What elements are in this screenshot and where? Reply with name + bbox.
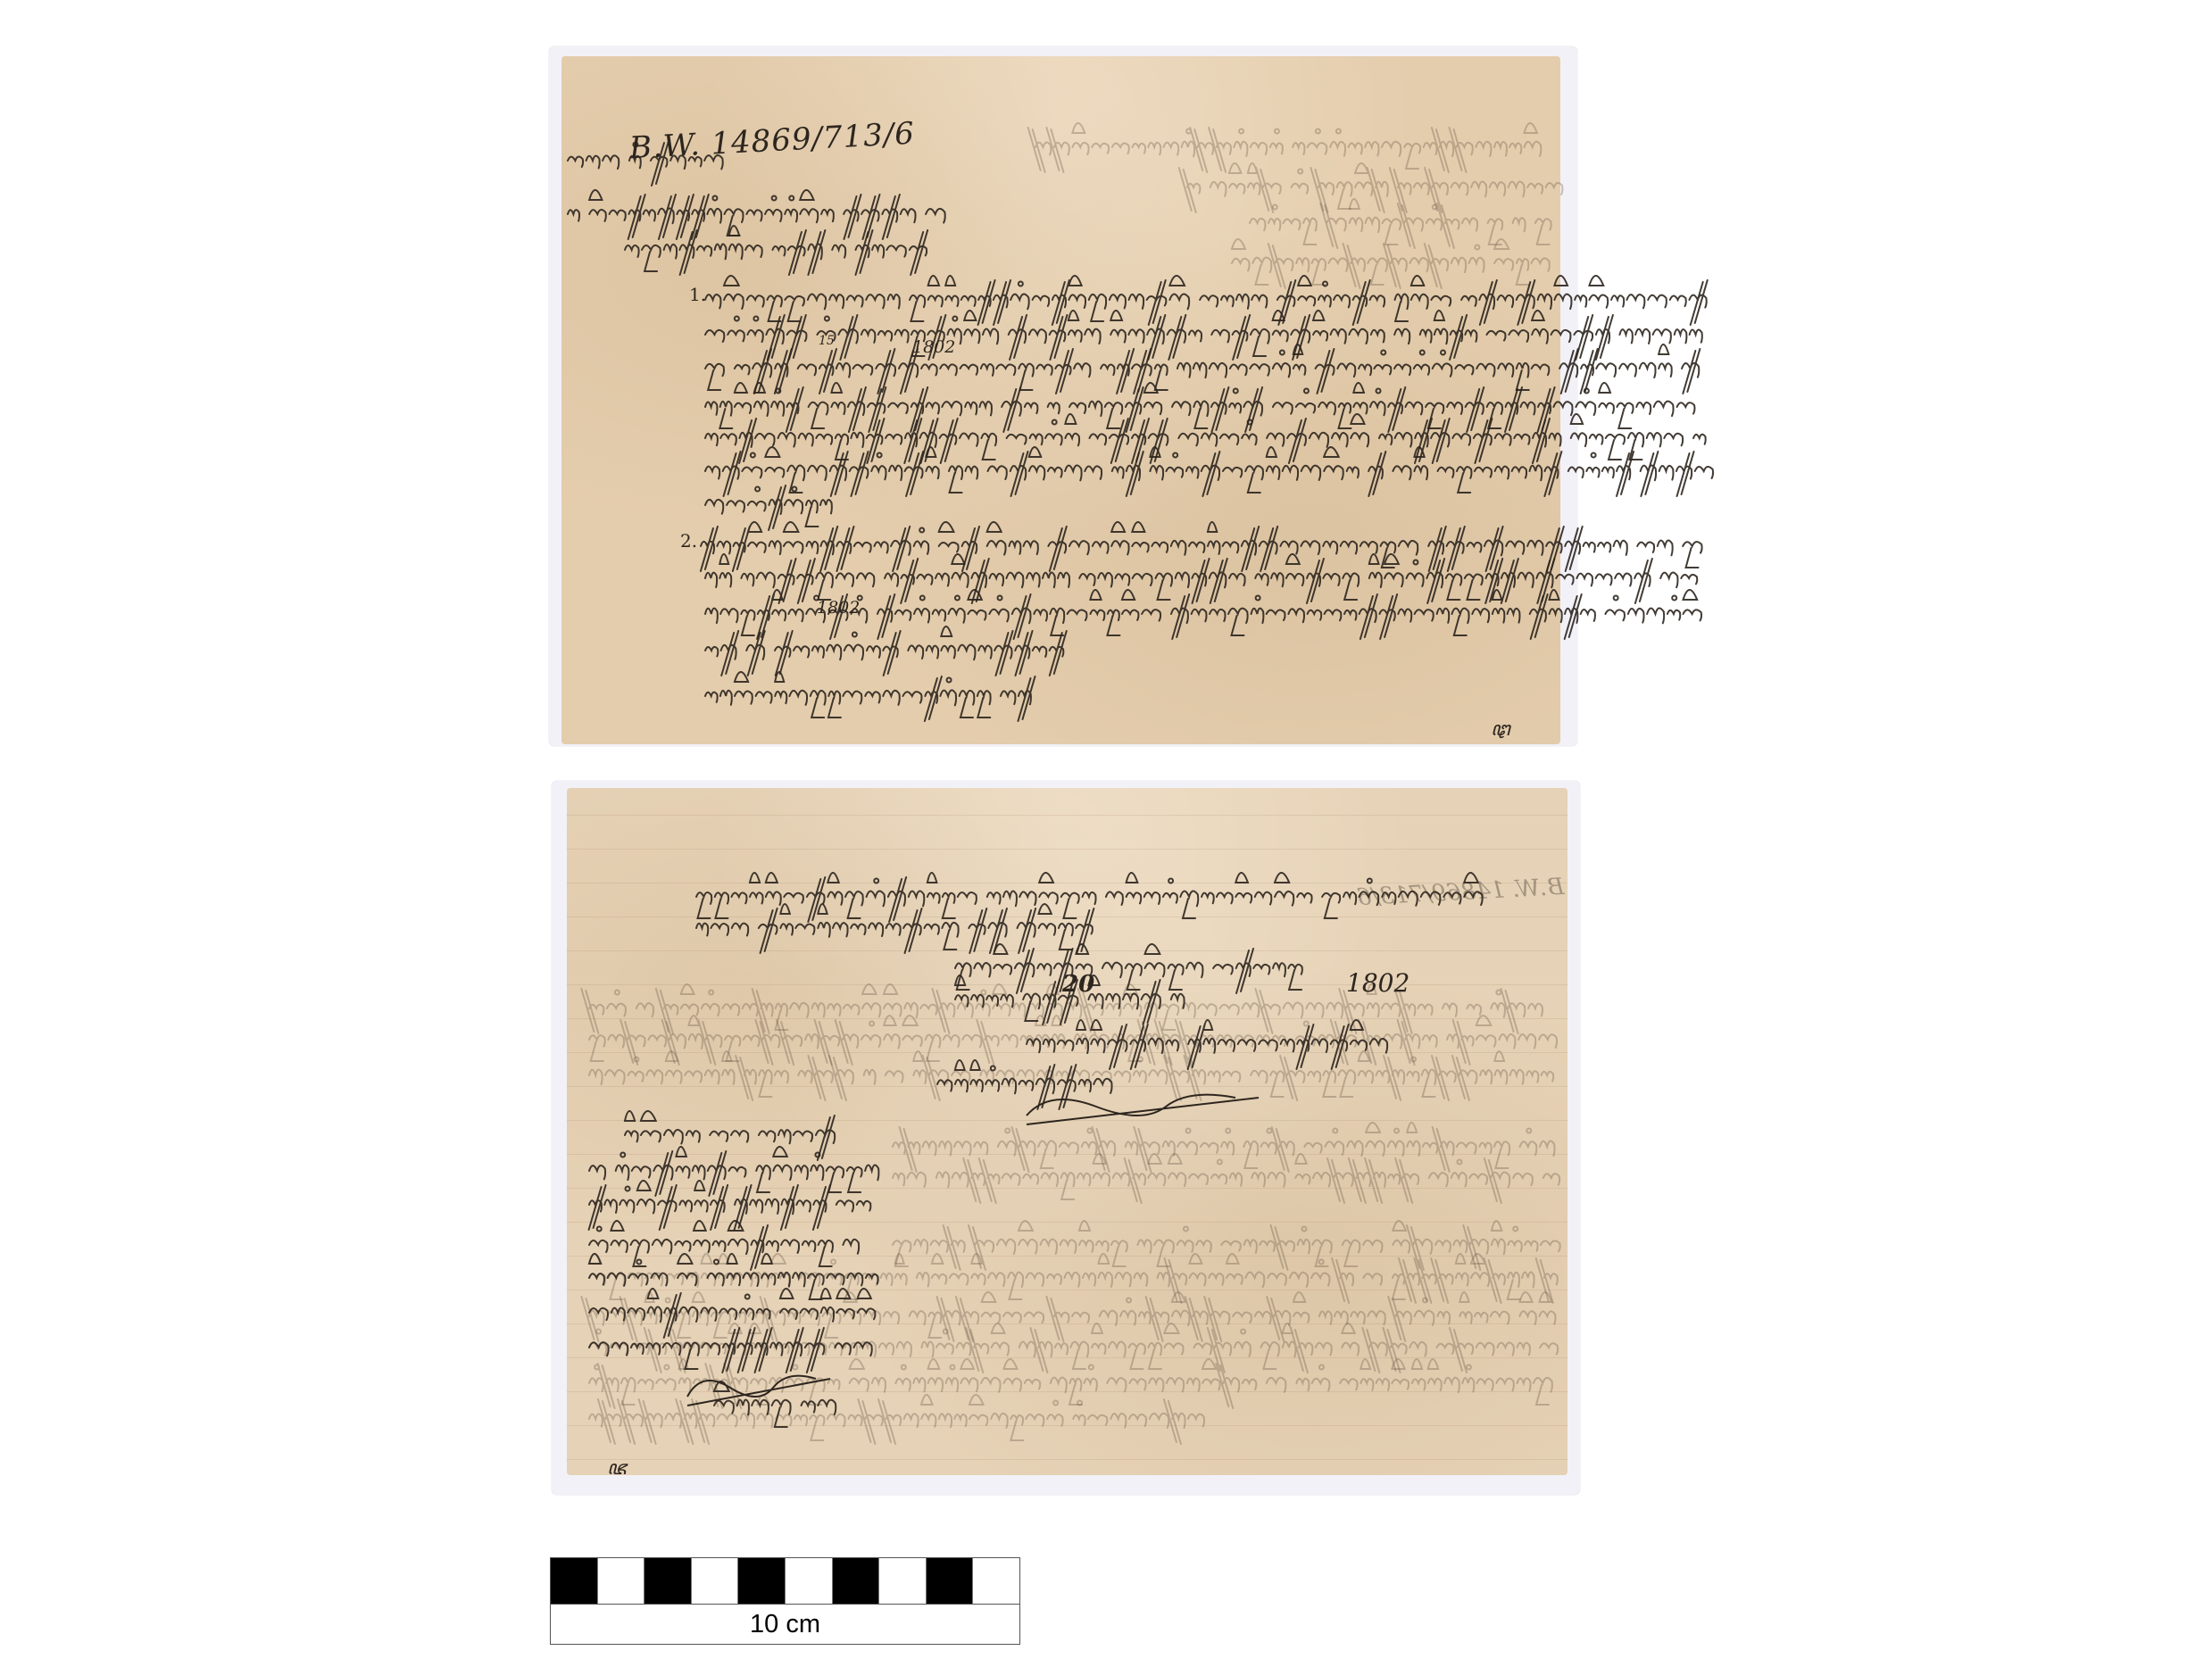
ruled-line bbox=[567, 1154, 1568, 1155]
scale-segment bbox=[598, 1558, 645, 1604]
scale-segment bbox=[692, 1558, 739, 1604]
ruled-line bbox=[567, 815, 1568, 816]
ruled-line bbox=[567, 1357, 1568, 1358]
verso-page-mark: ꦗ bbox=[607, 1453, 627, 1493]
verso-year-numeral: 1802 bbox=[1346, 968, 1410, 998]
scale-segment bbox=[551, 1558, 598, 1604]
ruled-line bbox=[567, 1052, 1568, 1053]
verso-day-numeral: 20 bbox=[1062, 971, 1094, 998]
ruled-line bbox=[567, 1323, 1568, 1324]
scale-segment bbox=[879, 1558, 927, 1604]
ruled-line bbox=[567, 1459, 1568, 1460]
recto-page-mark: ꦛ bbox=[1491, 714, 1509, 754]
scale-segment bbox=[738, 1558, 786, 1604]
scale-checker-row bbox=[551, 1558, 1019, 1605]
ruled-line bbox=[567, 1290, 1568, 1290]
paragraph-marker-2: 2. bbox=[680, 530, 697, 552]
ruled-line bbox=[567, 849, 1568, 850]
scale-segment bbox=[644, 1558, 692, 1604]
recto-year-numeral-2: 1802 bbox=[817, 598, 860, 618]
scale-segment bbox=[833, 1558, 880, 1604]
ruled-line bbox=[567, 950, 1568, 951]
paragraph-marker-1: 1. bbox=[689, 284, 706, 305]
recto-day-numeral: 15 bbox=[819, 334, 835, 348]
ruled-line bbox=[567, 1222, 1568, 1223]
recto-year-numeral-1: 1802 bbox=[912, 337, 955, 357]
ruled-line bbox=[567, 1425, 1568, 1426]
scale-bar: 10 cm bbox=[550, 1557, 1020, 1645]
ruled-line bbox=[567, 1256, 1568, 1257]
ruled-line bbox=[567, 917, 1568, 917]
ruled-line bbox=[567, 1188, 1568, 1189]
ruled-line bbox=[567, 1120, 1568, 1121]
ruled-line bbox=[567, 1391, 1568, 1392]
scale-segment bbox=[927, 1558, 974, 1604]
scale-segment bbox=[786, 1558, 833, 1604]
ruled-line bbox=[567, 1086, 1568, 1087]
scale-segment bbox=[973, 1558, 1019, 1604]
ruled-line bbox=[567, 1018, 1568, 1019]
scale-label: 10 cm bbox=[551, 1605, 1019, 1645]
